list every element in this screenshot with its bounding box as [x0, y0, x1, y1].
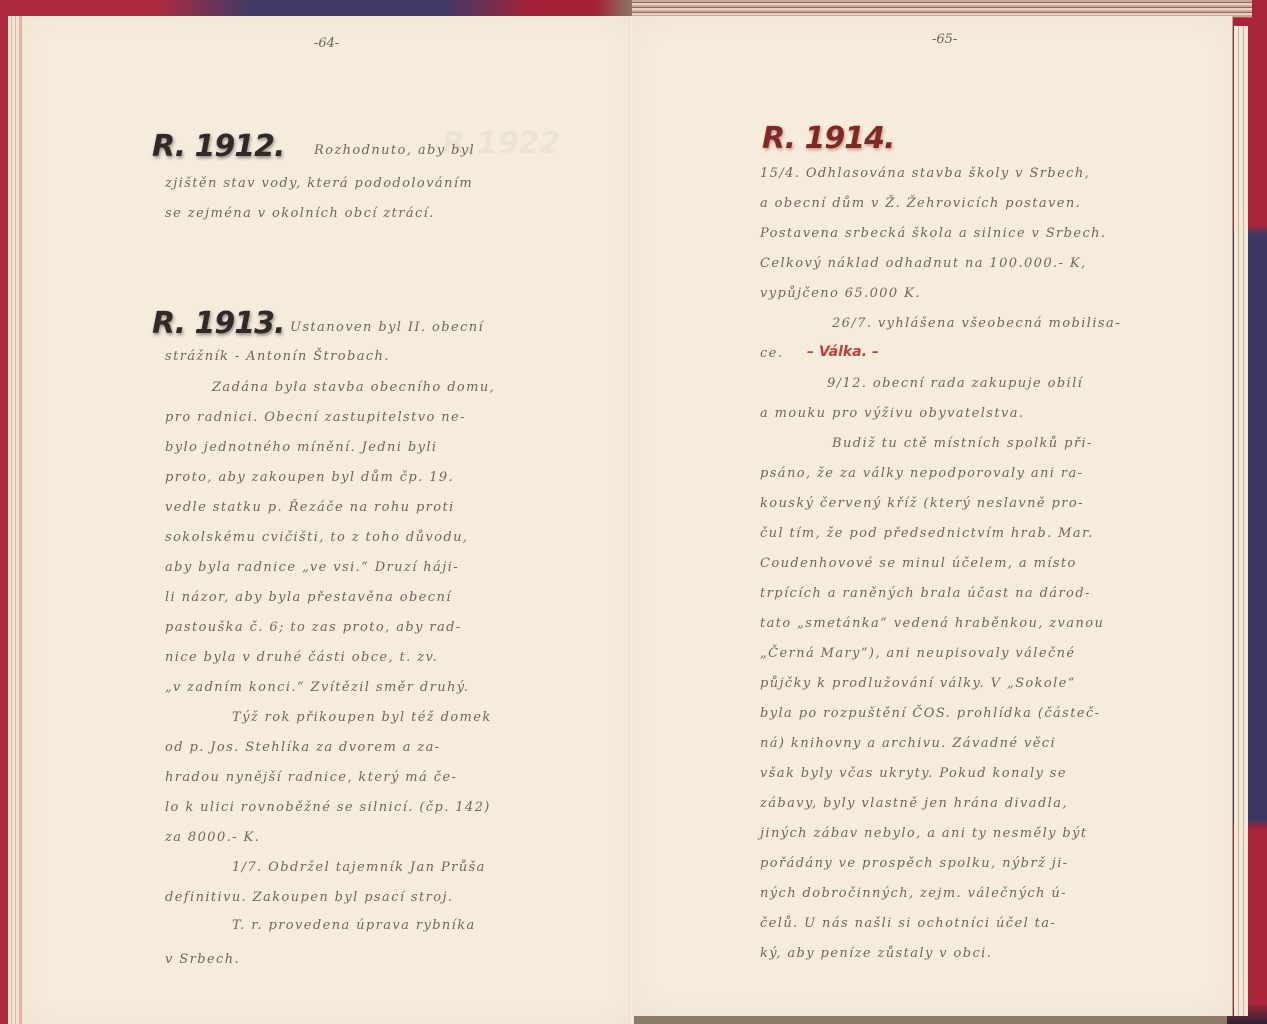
- text-line: ná) knihovny a archivu. Závadné věci: [760, 736, 1056, 751]
- text-line: od p. Jos. Stehlíka za dvorem a za-: [165, 740, 441, 755]
- left-page: -64- R.1922 R. 1912. Rozhodnuto, aby byl…: [20, 16, 634, 1024]
- text-line: Ustanoven byl II. obecní: [290, 320, 484, 335]
- text-line: vedle statku p. Řezáče na rohu proti: [165, 500, 455, 515]
- text-line: 9/12. obecní rada zakupuje obilí: [827, 376, 1083, 391]
- text-line: Týž rok přikoupen byl též domek: [232, 710, 492, 725]
- text-line: tato „smetánka“ vedená hraběnkou, zvanou: [760, 616, 1104, 631]
- text-line: zábavy, byly vlastně jen hrána divadla,: [760, 796, 1068, 811]
- year-heading-1913: R. 1913.: [152, 306, 284, 341]
- text-line: li názor, aby byla přestavěna obecní: [165, 590, 452, 605]
- text-line: byla po rozpuštění ČOS. prohlídka (částe…: [760, 706, 1100, 721]
- text-line: definitivu. Zakoupen byl psací stroj.: [165, 890, 453, 905]
- text-line: vypůjčeno 65.000 K.: [760, 286, 921, 301]
- text-line: 26/7. vyhlášena všeobecná mobilisa-: [832, 316, 1121, 331]
- text-line: a mouku pro výživu obyvatelstva.: [760, 406, 1024, 421]
- text-line: 1/7. Obdržel tajemník Jan Průša: [232, 860, 486, 875]
- text-line: a obecní dům v Ž. Žehrovicích postaven.: [760, 196, 1081, 211]
- text-line: bylo jednotného mínění. Jedni byli: [165, 440, 437, 455]
- text-line: ce.: [760, 346, 783, 361]
- text-line: lo k ulici rovnoběžné se silnicí. (čp. 1…: [165, 800, 491, 815]
- text-line: za 8000.- K.: [165, 830, 260, 845]
- text-line: čul tím, že pod předsednictvím hrab. Mar…: [760, 526, 1094, 541]
- text-line: proto, aby zakoupen byl dům čp. 19.: [165, 470, 454, 485]
- text-line: Budiž tu ctě místních spolků při-: [832, 436, 1093, 451]
- text-line: v Srbech.: [165, 952, 240, 967]
- text-line: ký, aby peníze zůstaly v obci.: [760, 946, 992, 961]
- text-line: aby byla radnice „ve vsi.“ Druzí háji-: [165, 560, 459, 575]
- text-line: však byly včas ukryty. Pokud konaly se: [760, 766, 1067, 781]
- text-line: pro radnici. Obecní zastupitelstvo ne-: [165, 410, 466, 425]
- text-line: ných dobročinných, zejm. válečných ú-: [760, 886, 1067, 901]
- text-line: pořádány ve prospěch spolku, nýbrž ji-: [760, 856, 1069, 871]
- year-heading-1912: R. 1912.: [152, 129, 284, 164]
- text-line: Celkový náklad odhadnut na 100.000.- K,: [760, 256, 1087, 271]
- page-number-left: -64-: [314, 36, 339, 51]
- text-line: sokolskému cvičišti, to z toho důvodu,: [165, 530, 468, 545]
- text-line: pastouška č. 6; to zas proto, aby rad-: [165, 620, 462, 635]
- text-line: jiných zábav nebylo, a ani ty nesměly bý…: [760, 826, 1088, 841]
- text-line: psáno, že za války nepodporovaly ani ra-: [760, 466, 1083, 481]
- year-heading-1914: R. 1914.: [762, 121, 894, 156]
- text-line: půjčky k prodlužování války. V „Sokole“: [760, 676, 1076, 691]
- text-line: hradou nynější radnice, který má če-: [165, 770, 457, 785]
- text-line: Zadána byla stavba obecního domu,: [212, 380, 495, 395]
- text-line: kouský červený kříž (který neslavně pro-: [760, 496, 1084, 511]
- text-line: Rozhodnuto, aby byl: [314, 143, 475, 158]
- page-number-right: -65-: [932, 32, 957, 47]
- text-line: zjištěn stav vody, která pododolováním: [165, 176, 473, 191]
- text-line: čelů. U nás našli si ochotníci účel ta-: [760, 916, 1056, 931]
- text-line: „Černá Mary“), ani neupisovaly válečné: [760, 646, 1076, 661]
- text-line: 15/4. Odhlasována stavba školy v Srbech,: [760, 166, 1090, 181]
- right-page: -65- R. 1914. 15/4. Odhlasována stavba š…: [632, 16, 1233, 1016]
- text-line: Coudenhovové se minul účelem, a místo: [760, 556, 1077, 571]
- text-line: nice byla v druhé části obce, t. zv.: [165, 650, 438, 665]
- text-line: se zejména v okolních obcí ztrácí.: [165, 206, 435, 221]
- text-line: „v zadním konci.“ Zvítězil směr druhý.: [165, 680, 469, 695]
- text-line: T. r. provedena úprava rybníka: [232, 918, 476, 933]
- text-line: Postavena srbecká škola a silnice v Srbe…: [760, 226, 1106, 241]
- war-annotation-red: – Válka. –: [807, 344, 879, 360]
- text-line: strážník - Antonín Štrobach.: [165, 349, 390, 364]
- text-line: trpících a raněných brala účast na dárod…: [760, 586, 1091, 601]
